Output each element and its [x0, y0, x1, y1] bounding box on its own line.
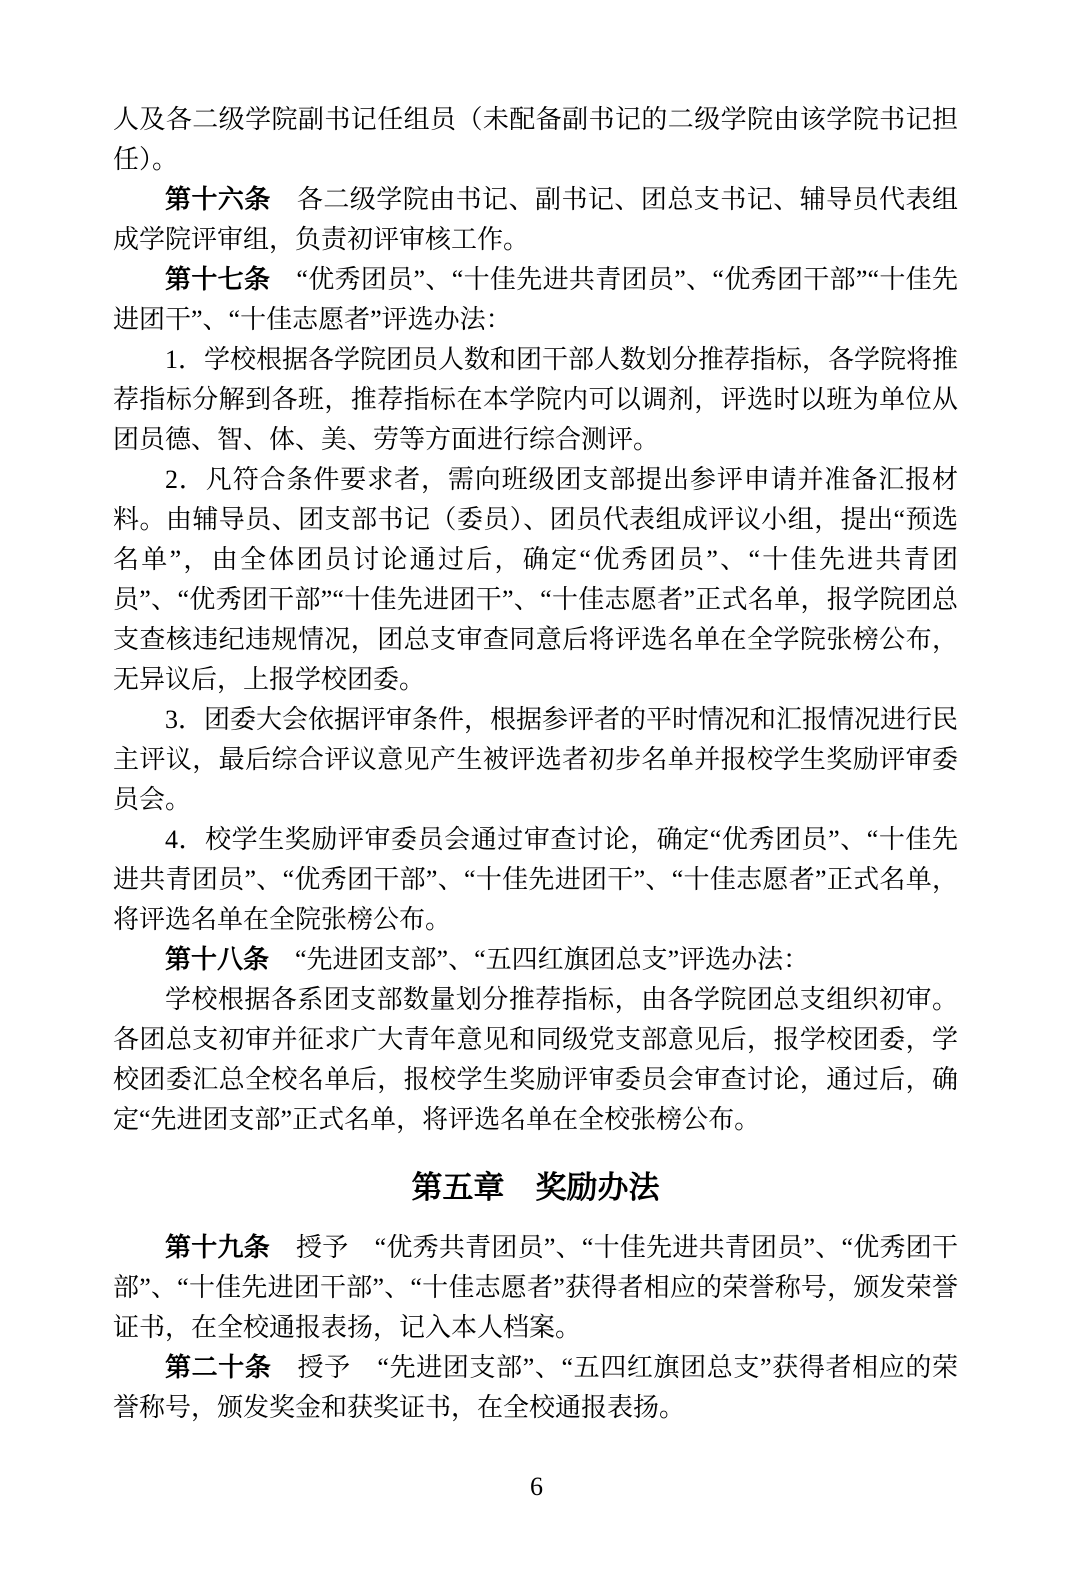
article-paragraph: 第十八条“先进团支部”、“五四红旗团总支”评选办法： [113, 940, 958, 980]
paragraph-text: 1．学校根据各学院团员人数和团干部人数划分推荐指标，各学院将推荐指标分解到各班，… [113, 345, 958, 454]
document-body: 人及各二级学院副书记任组员（未配备副书记的二级学院由该学院书记担任）。第十六条各… [113, 100, 958, 1428]
paragraph-text: 3．团委大会依据评审条件，根据参评者的平时情况和汇报情况进行民主评议，最后综合评… [113, 705, 958, 814]
page-number: 6 [0, 1472, 1073, 1502]
chapter-heading: 第五章 奖励办法 [113, 1165, 958, 1210]
body-paragraph: 人及各二级学院副书记任组员（未配备副书记的二级学院由该学院书记担任）。 [113, 100, 958, 180]
paragraph-text: 4．校学生奖励评审委员会通过审查讨论，确定“优秀团员”、“十佳先进共青团员”、“… [113, 825, 958, 934]
article-paragraph: 第十六条各二级学院由书记、副书记、团总支书记、辅导员代表组成学院评审组，负责初评… [113, 180, 958, 260]
article-paragraph: 第十七条“优秀团员”、“十佳先进共青团员”、“优秀团干部”“十佳先进团干”、“十… [113, 260, 958, 340]
body-paragraph: 1．学校根据各学院团员人数和团干部人数划分推荐指标，各学院将推荐指标分解到各班，… [113, 340, 958, 460]
paragraph-text: “先进团支部”、“五四红旗团总支”评选办法： [295, 945, 809, 974]
document-page: 人及各二级学院副书记任组员（未配备副书记的二级学院由该学院书记担任）。第十六条各… [0, 0, 1073, 1587]
paragraph-text: 2．凡符合条件要求者，需向班级团支部提出参评申请并准备汇报材料。由辅导员、团支部… [113, 465, 958, 694]
article-number: 第十八条 [165, 945, 269, 974]
article-paragraph: 第二十条授予 “先进团支部”、“五四红旗团总支”获得者相应的荣誉称号，颁发奖金和… [113, 1348, 958, 1428]
body-paragraph: 3．团委大会依据评审条件，根据参评者的平时情况和汇报情况进行民主评议，最后综合评… [113, 700, 958, 820]
article-number: 第十六条 [165, 185, 271, 214]
paragraph-text: 学校根据各系团支部数量划分推荐指标，由各学院团总支组织初审。各团总支初审并征求广… [113, 985, 958, 1134]
article-number: 第二十条 [165, 1353, 272, 1382]
body-paragraph: 学校根据各系团支部数量划分推荐指标，由各学院团总支组织初审。各团总支初审并征求广… [113, 980, 958, 1140]
article-paragraph: 第十九条授予 “优秀共青团员”、“十佳先进共青团员”、“优秀团干部”、“十佳先进… [113, 1228, 958, 1348]
paragraph-text: 人及各二级学院副书记任组员（未配备副书记的二级学院由该学院书记担任）。 [113, 105, 958, 174]
article-number: 第十九条 [165, 1233, 270, 1262]
article-number: 第十七条 [165, 265, 270, 294]
body-paragraph: 4．校学生奖励评审委员会通过审查讨论，确定“优秀团员”、“十佳先进共青团员”、“… [113, 820, 958, 940]
body-paragraph: 2．凡符合条件要求者，需向班级团支部提出参评申请并准备汇报材料。由辅导员、团支部… [113, 460, 958, 700]
